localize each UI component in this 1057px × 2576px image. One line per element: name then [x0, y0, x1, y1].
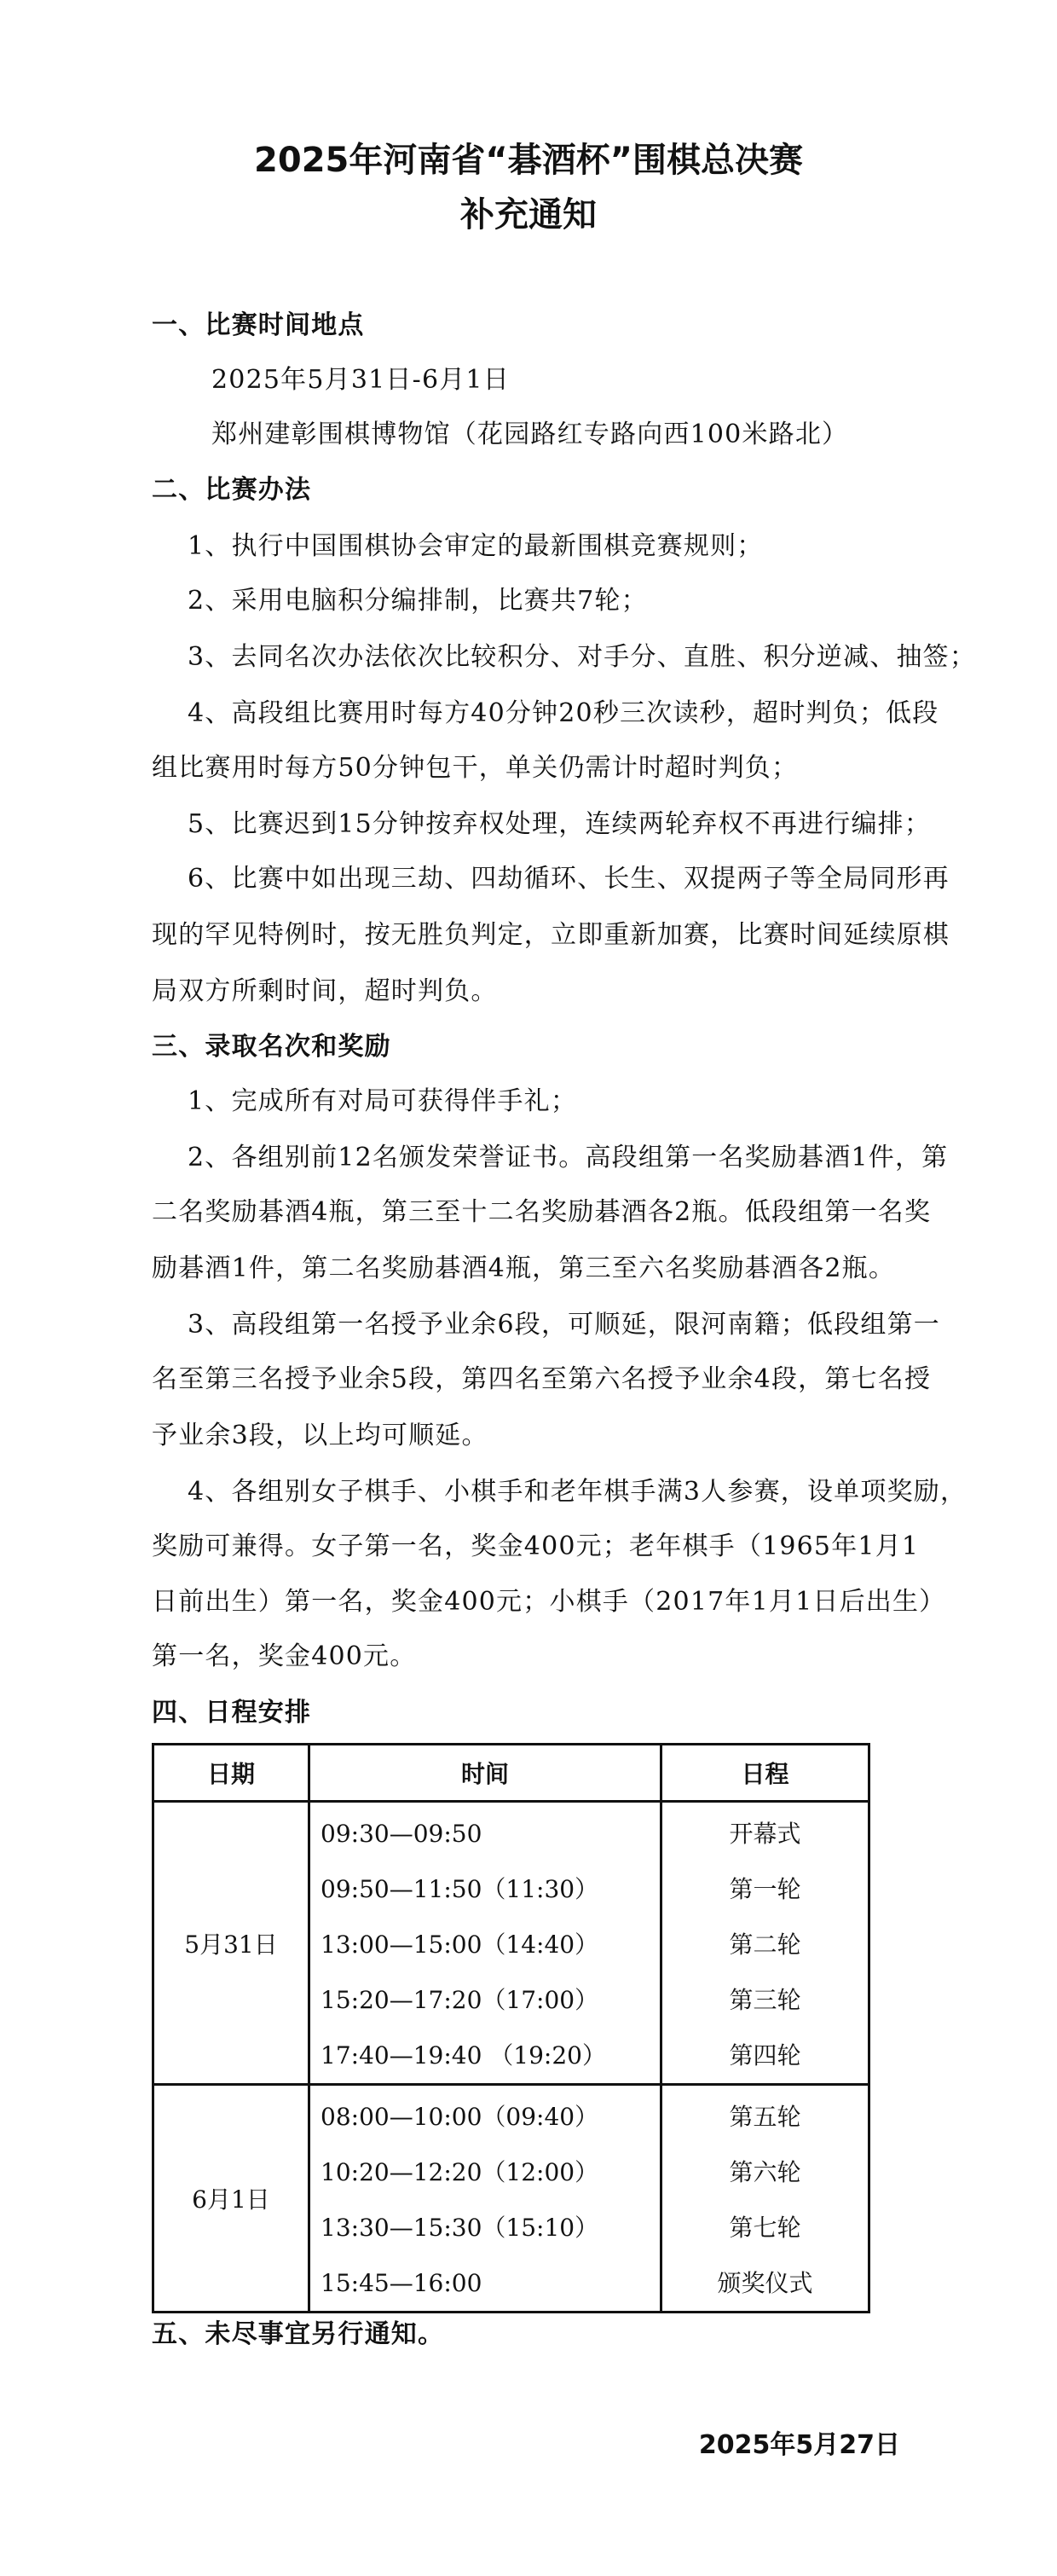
date-cell: 5月31日 [153, 1802, 309, 2085]
time-slot: 17:40—19:40 （19:20） [321, 2028, 660, 2083]
column-header-event: 日程 [661, 1745, 869, 1802]
event-name: 第四轮 [662, 2028, 868, 2083]
title-line-1: 2025年河南省“碁酒杯”围棋总决赛 [0, 140, 1057, 181]
date-cell: 6月1日 [153, 2085, 309, 2313]
time-slot: 09:50—11:50（11:30） [321, 1861, 660, 1917]
award-item-2-cont: 二名奖励碁酒4瓶，第三至十二名奖励碁酒各2瓶。低段组第一名奖 [152, 1195, 902, 1230]
event-venue: 郑州建彰围棋博物馆（花园路红专路向西100米路北） [211, 418, 962, 452]
event-name: 开幕式 [662, 1806, 868, 1861]
schedule-table: 日期 时间 日程 5月31日 09:30—09:50 09:50—11:50（1… [152, 1743, 870, 2313]
signature-date: 2025年5月27日 [699, 2428, 900, 2463]
title-line-2: 补充通知 [0, 194, 1057, 235]
time-cell: 09:30—09:50 09:50—11:50（11:30） 13:00—15:… [309, 1802, 661, 2085]
award-item-4-cont: 第一名，奖金400元。 [152, 1640, 902, 1674]
event-name: 第五轮 [662, 2089, 868, 2145]
event-date: 2025年5月31日-6月1日 [211, 363, 962, 397]
section-2-heading: 二、比赛办法 [152, 473, 902, 507]
award-item-4: 4、各组别女子棋手、小棋手和老年棋手满3人参赛，设单项奖励， [188, 1475, 938, 1509]
table-header-row: 日期 时间 日程 [153, 1745, 869, 1802]
table-row: 5月31日 09:30—09:50 09:50—11:50（11:30） 13:… [153, 1802, 869, 2085]
rule-item-3: 3、去同名次办法依次比较积分、对手分、直胜、积分逆减、抽签； [188, 640, 938, 674]
section-4-heading: 四、日程安排 [152, 1696, 902, 1730]
rule-item-1: 1、执行中国围棋协会审定的最新围棋竞赛规则； [188, 530, 938, 564]
time-slot: 13:00—15:00（14:40） [321, 1917, 660, 1972]
rule-item-5: 5、比赛迟到15分钟按弃权处理，连续两轮弃权不再进行编排； [188, 808, 938, 842]
award-item-3: 3、高段组第一名授予业余6段，可顺延，限河南籍；低段组第一 [188, 1308, 938, 1342]
time-slot: 13:30—15:30（15:10） [321, 2200, 660, 2255]
section-1-heading: 一、比赛时间地点 [152, 309, 902, 343]
time-slot: 09:30—09:50 [321, 1806, 660, 1861]
column-header-time: 时间 [309, 1745, 661, 1802]
award-item-2-cont: 励碁酒1件，第二名奖励碁酒4瓶，第三至六名奖励碁酒各2瓶。 [152, 1252, 902, 1286]
event-name: 第一轮 [662, 1861, 868, 1917]
rule-item-6-cont: 局双方所剩时间，超时判负。 [152, 975, 902, 1009]
award-item-4-cont: 奖励可兼得。女子第一名，奖金400元；老年棋手（1965年1月1 [152, 1530, 902, 1564]
rule-item-6-cont: 现的罕见特例时，按无胜负判定，立即重新加赛，比赛时间延续原棋 [152, 918, 902, 952]
rule-item-4: 4、高段组比赛用时每方40分钟20秒三次读秒，超时判负；低段 [188, 697, 938, 731]
event-name: 第六轮 [662, 2145, 868, 2200]
time-slot: 08:00—10:00（09:40） [321, 2089, 660, 2145]
column-header-date: 日期 [153, 1745, 309, 1802]
section-5-heading: 五、未尽事宜另行通知。 [152, 2318, 902, 2352]
event-cell: 开幕式 第一轮 第二轮 第三轮 第四轮 [661, 1802, 869, 2085]
event-name: 第二轮 [662, 1917, 868, 1972]
rule-item-6: 6、比赛中如出现三劫、四劫循环、长生、双提两子等全局同形再 [188, 862, 938, 896]
section-3-heading: 三、录取名次和奖励 [152, 1030, 902, 1064]
event-name: 颁奖仪式 [662, 2255, 868, 2311]
rule-item-4-cont: 组比赛用时每方50分钟包干，单关仍需计时超时判负； [152, 751, 902, 785]
table-row: 6月1日 08:00—10:00（09:40） 10:20—12:20（12:0… [153, 2085, 869, 2313]
award-item-3-cont: 予业余3段，以上均可顺延。 [152, 1419, 902, 1453]
rule-item-2: 2、采用电脑积分编排制，比赛共7轮； [188, 584, 938, 618]
award-item-2: 2、各组别前12名颁发荣誉证书。高段组第一名奖励碁酒1件，第 [188, 1141, 938, 1175]
award-item-3-cont: 名至第三名授予业余5段，第四名至第六名授予业余4段，第七名授 [152, 1363, 902, 1397]
event-name: 第三轮 [662, 1972, 868, 2028]
time-slot: 15:45—16:00 [321, 2255, 660, 2311]
time-cell: 08:00—10:00（09:40） 10:20—12:20（12:00） 13… [309, 2085, 661, 2313]
event-name: 第七轮 [662, 2200, 868, 2255]
time-slot: 10:20—12:20（12:00） [321, 2145, 660, 2200]
event-cell: 第五轮 第六轮 第七轮 颁奖仪式 [661, 2085, 869, 2313]
award-item-1: 1、完成所有对局可获得伴手礼； [188, 1085, 938, 1119]
award-item-4-cont: 日前出生）第一名，奖金400元；小棋手（2017年1月1日后出生） [152, 1585, 902, 1619]
time-slot: 15:20—17:20（17:00） [321, 1972, 660, 2028]
